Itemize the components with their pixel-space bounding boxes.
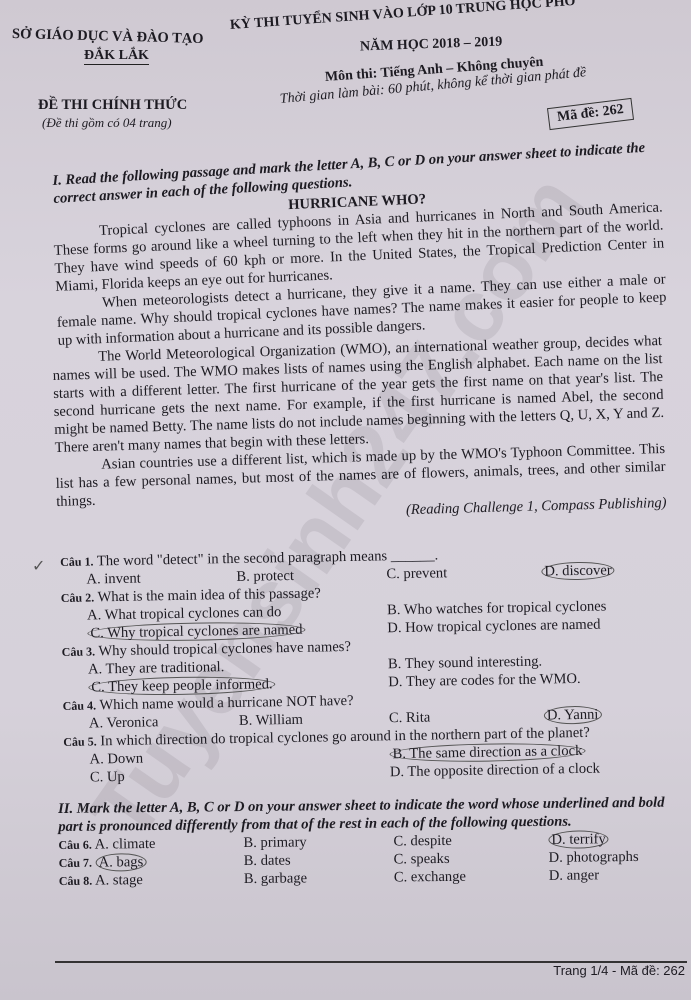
question-label: Câu 6. [58,838,91,852]
answer-option[interactable]: C. despite [393,833,452,850]
exam-page: Tuyensinh247.com SỞ GIÁO DỤC VÀ ĐÀO TẠO … [0,0,691,1000]
answer-option[interactable]: D. They are codes for the WMO. [388,671,581,690]
answer-option[interactable]: D. Yanni [544,706,602,725]
question: Câu 5. In which direction do tropical cy… [63,722,674,787]
answer-option-cell: B. protect [236,565,386,586]
answer-option[interactable]: C. prevent [386,565,447,582]
questions-1-5: Câu 1. The word "detect" in the second p… [60,542,674,787]
answer-option[interactable]: D. anger [549,867,599,884]
page-count-note: (Đề thi gồm có 04 trang) [42,115,172,131]
answer-option[interactable]: B. dates [244,853,291,869]
answer-option-cell: D. photographs [549,847,691,867]
answer-option[interactable]: A. stage [95,872,143,888]
question-label: Câu 3. [62,644,96,659]
answer-option-cell: C. prevent [386,563,541,584]
passage-cont: The World Meteorological Organization (W… [52,332,667,529]
answer-option-cell: D. discover [541,560,691,581]
answer-option[interactable]: B. protect [236,568,294,585]
question: Câu 2. What is the main idea of this pas… [61,578,672,643]
answer-option-cell: D. terrify [548,829,691,849]
school-year: NĂM HỌC 2018 – 2019 [360,35,503,56]
answer-option[interactable]: B. garbage [244,870,307,887]
questions-6-8: Câu 6. A. climateB. primaryC. despiteD. … [58,830,679,890]
answer-option[interactable]: B. They sound interesting. [388,654,542,673]
check-mark-icon: ✓ [32,556,45,576]
answer-option[interactable]: D. The opposite direction of a clock [390,761,600,781]
answer-option-cell: B. garbage [244,868,394,888]
answer-option-cell: B. primary [243,832,393,852]
answer-option-cell: C. despite [393,831,548,851]
question: Câu 3. Why should tropical cyclones have… [62,632,673,697]
answer-option[interactable]: A. Veronica [89,714,159,731]
official-label: ĐỀ THI CHÍNH THỨC [38,97,187,114]
answer-option[interactable]: A. They are traditional. [88,659,225,677]
answer-option[interactable]: D. discover [541,561,615,580]
answer-option[interactable]: D. terrify [548,830,608,849]
passage: HURRICANE WHO? Tropical cyclones are cal… [52,180,667,349]
question-label: Câu 7. [59,856,92,870]
section2: II. Mark the letter A, B, C or D on your… [58,794,679,890]
answer-option-cell: D. Yanni [544,704,691,725]
exam-code-badge: Mã đề: 262 [547,98,634,130]
question-label: Câu 8. [59,874,92,888]
answer-option[interactable]: B. William [239,712,303,729]
answer-option[interactable]: C. Rita [389,710,431,727]
footer-page-info: Trang 1/4 - Mã đề: 262 [553,963,685,978]
answer-option-cell: D. The opposite direction of a clock [390,758,690,781]
answer-option-cell: Câu 8. A. stage [59,870,244,890]
answer-option-cell: C. exchange [394,867,549,887]
answer-option[interactable]: C. exchange [394,869,466,886]
answer-option-cell: D. anger [549,865,691,885]
exam-title: KỲ THI TUYỂN SINH VÀO LỚP 10 TRUNG HỌC P… [229,0,576,34]
question-label: Câu 4. [63,698,97,713]
answer-option-cell: Câu 7. A. bags [59,852,244,872]
answer-option[interactable]: C. Up [90,769,125,786]
answer-option[interactable]: A. bags [96,853,147,872]
paragraph-3: The World Meteorological Organization (W… [52,332,665,457]
answer-option[interactable]: D. How tropical cyclones are named [387,617,600,637]
answer-option[interactable]: D. photographs [549,849,639,866]
answer-option-cell: C. Up [90,763,390,786]
question-label: Câu 2. [61,590,95,605]
answer-option[interactable]: B. primary [243,834,306,851]
answer-option[interactable]: A. What tropical cyclones can do [87,604,281,623]
answer-option[interactable]: C. speaks [394,851,450,868]
answer-option[interactable]: A. invent [86,571,141,588]
question-label: Câu 5. [63,734,97,749]
answer-option-cell: Câu 6. A. climate [58,834,243,854]
answer-option[interactable]: A. Down [89,751,143,768]
answer-option-cell: B. dates [244,850,394,870]
answer-option[interactable]: A. climate [95,836,156,853]
question-label: Câu 1. [60,554,94,569]
province-name: ĐẮK LẮK [84,48,149,65]
department-name: SỞ GIÁO DỤC VÀ ĐÀO TẠO [12,26,204,48]
answer-option-cell: C. speaks [394,849,549,869]
